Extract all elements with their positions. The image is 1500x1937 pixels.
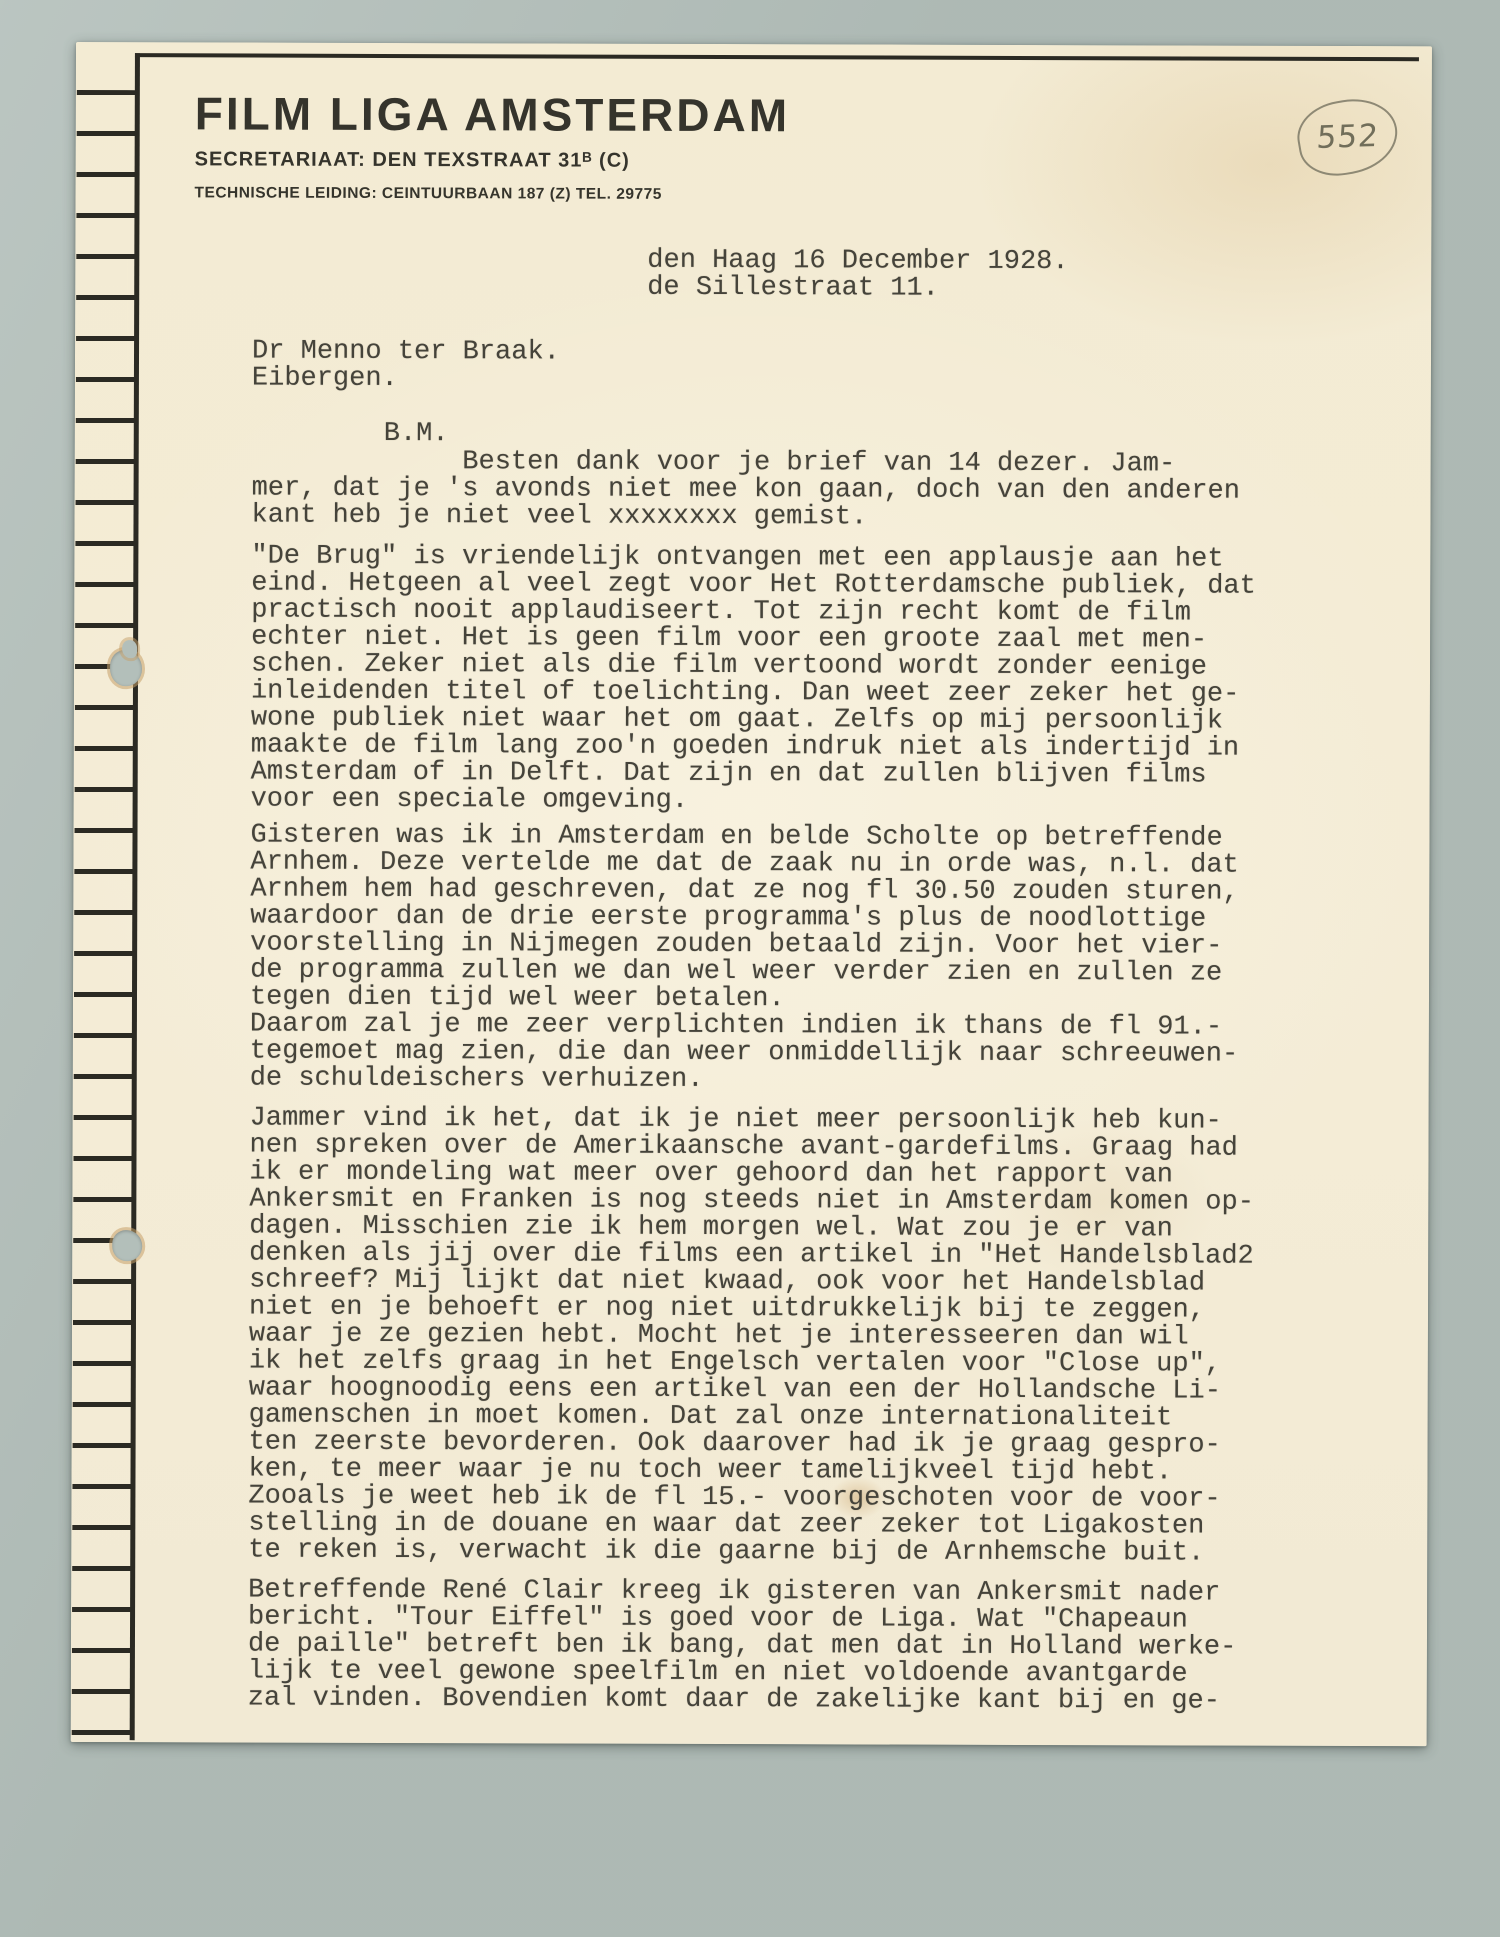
letter-paragraph: "De Brug" is vriendelijk ontvangen met e…: [251, 544, 1256, 817]
letterhead-secretariat: SECRETARIAAT: DEN TEXSTRAAT 31ᴮ (C): [195, 148, 630, 171]
letter-paper: FILM LIGA AMSTERDAM SECRETARIAAT: DEN TE…: [71, 42, 1432, 1746]
sender-address-line: de Sillestraat 11.: [647, 273, 939, 304]
salutation: B.M.: [384, 421, 449, 448]
date-block: den Haag 16 December 1928. de Sillestraa…: [647, 248, 1068, 303]
letter-body: den Haag 16 December 1928. de Sillestraa…: [76, 42, 1432, 46]
filmstrip-border: [76, 42, 1432, 46]
recipient-block: Dr Menno ter Braak. Eibergen.: [252, 339, 560, 394]
letterhead: FILM LIGA AMSTERDAM SECRETARIAAT: DEN TE…: [76, 42, 1432, 46]
letter-paragraph: Jammer vind ik het, dat ik je niet meer …: [248, 1106, 1254, 1568]
archive-number: 552: [1315, 118, 1380, 156]
scan-background: FILM LIGA AMSTERDAM SECRETARIAAT: DEN TE…: [0, 0, 1500, 1937]
letter-paragraph: Gisteren was ik in Amsterdam en belde Sc…: [250, 823, 1239, 1096]
letter-paragraph: Besten dank voor je brief van 14 dezer. …: [251, 449, 1240, 533]
letter-paragraph: Betreffende René Clair kreeg ik gisteren…: [248, 1578, 1237, 1716]
letterhead-title: FILM LIGA AMSTERDAM: [195, 90, 790, 138]
punch-hole-top: [110, 650, 142, 686]
letterhead-technical: TECHNISCHE LEIDING: CEINTUURBAAN 187 (Z)…: [194, 184, 661, 202]
punch-hole-bottom: [112, 1230, 142, 1261]
filmstrip-top-rule: [135, 53, 1419, 61]
filmstrip-rungs: [72, 90, 136, 1738]
archive-number-circle: 552: [1292, 92, 1403, 182]
